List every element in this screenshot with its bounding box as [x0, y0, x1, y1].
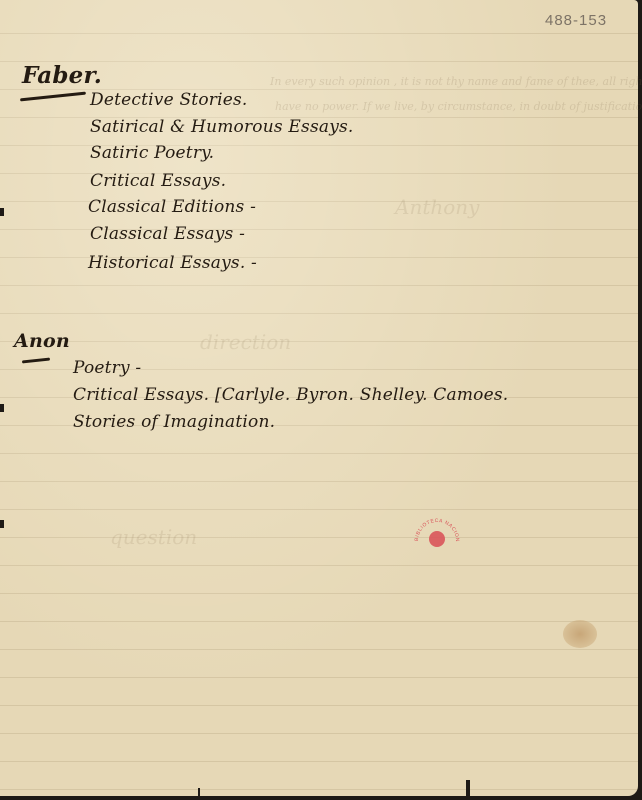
show-through-line-2: have no power. If we live, by circumstan…	[275, 100, 642, 113]
list-item: Stories of Imagination.	[73, 412, 275, 432]
binding-mark	[0, 520, 4, 528]
binding-mark	[0, 404, 4, 412]
list-item: Satirical & Humorous Essays.	[90, 117, 354, 137]
list-item: Classical Editions -	[88, 197, 256, 217]
show-through-word-3: question	[110, 525, 197, 549]
list-item: Critical Essays. [Carlyle. Byron. Shelle…	[73, 385, 508, 405]
show-through-word-1: Anthony	[395, 195, 479, 219]
binding-mark	[0, 208, 4, 216]
list-item: Critical Essays.	[90, 171, 226, 191]
manuscript-page: 488-153 In every such opinion , it is no…	[0, 0, 638, 796]
list-item: Poetry -	[73, 358, 141, 378]
section-heading: Faber.	[22, 62, 102, 89]
library-stamp: BIBLIOTECA NACIONAL	[412, 515, 462, 555]
show-through-line-1: In every such opinion , it is not thy na…	[270, 75, 642, 88]
list-item: Detective Stories.	[90, 90, 248, 110]
heading-underline	[22, 358, 50, 364]
edge-tear	[466, 780, 470, 796]
section-heading: Anon	[14, 330, 70, 352]
list-item: Historical Essays. -	[88, 253, 257, 273]
edge-tear	[198, 788, 200, 796]
list-item: Satiric Poetry.	[90, 143, 214, 163]
heading-underline	[20, 92, 86, 102]
paper-stain	[563, 620, 597, 648]
show-through-word-2: direction	[200, 330, 291, 354]
list-item: Classical Essays -	[90, 224, 245, 244]
catalog-number: 488-153	[545, 12, 607, 29]
